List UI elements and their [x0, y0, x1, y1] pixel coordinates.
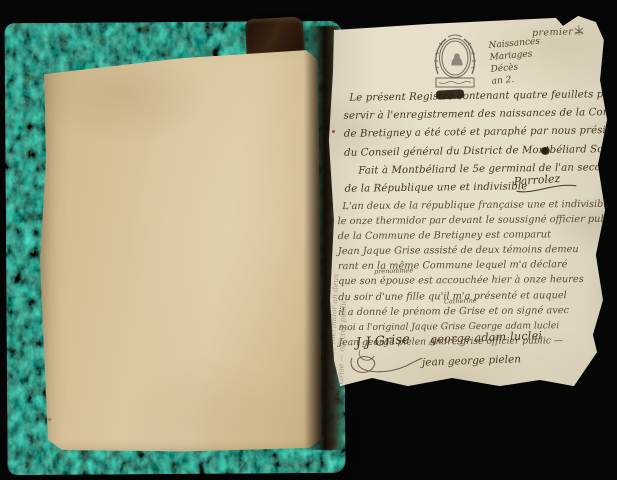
ink-blot [541, 147, 550, 155]
paraph-flourish-icon [574, 24, 584, 36]
signature-paraph-loops [344, 344, 424, 384]
ink-correction-smudge [436, 89, 464, 99]
register-type-note: Naissances Mariages Décès an 2. [488, 32, 582, 88]
manuscript-page: Naissances Mariages Décès an 2. premier … [320, 14, 616, 396]
act-line: le onze thermidor par devant le soussign… [337, 212, 601, 229]
folio-corner-note: premier [532, 24, 585, 39]
archival-scan: Naissances Mariages Décès an 2. premier … [0, 0, 617, 480]
folio-corner-note-text: premier [532, 26, 574, 38]
interlinear-insertion: prénommée [374, 266, 414, 275]
act-line: il a donné le prénom de Grise et on sign… [338, 303, 602, 320]
interlinear-insertion: Catherine [444, 296, 477, 305]
left-blank-page [38, 46, 324, 454]
red-speck [332, 130, 335, 133]
district-oval-seal-stamp [428, 34, 486, 90]
witness-signature: jean george pielen [422, 353, 521, 368]
